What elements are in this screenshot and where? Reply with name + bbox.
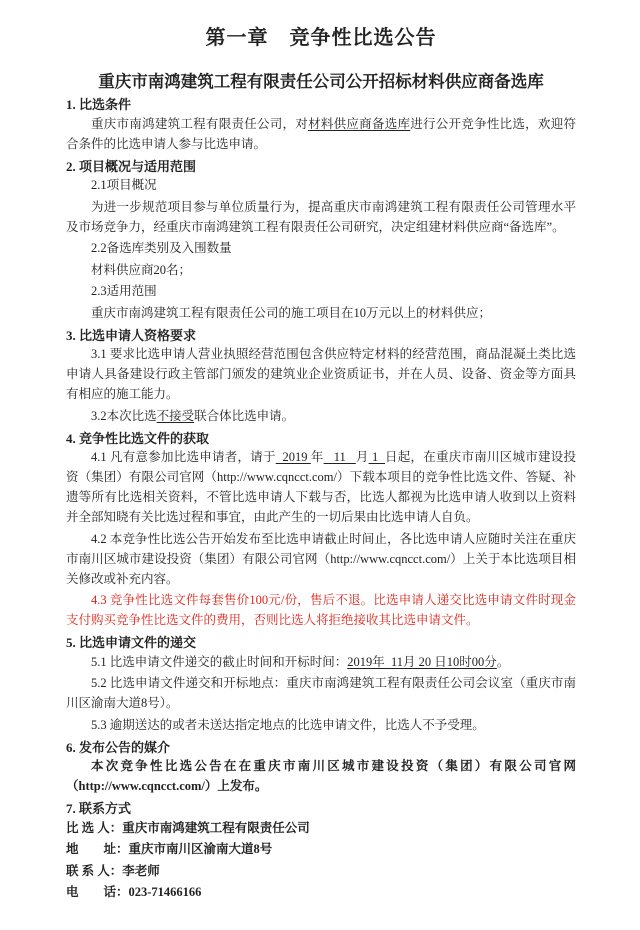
section-4-paragraph-1: 4.1 凡有意参加比选申请者，请于 2019 年 11 月 1 日起，在重庆市南… xyxy=(66,447,576,527)
text-run: 重庆市南鸿建筑工程有限责任公司，对 xyxy=(91,117,308,131)
section-4-paragraph-2: 4.2 本竞争性比选公告开始发布至比选申请截止时间止，各比选申请人应随时关注在重… xyxy=(66,529,576,589)
text-run: 3.2本次比选 xyxy=(91,409,157,423)
contact-address-line: 地 址：重庆市南川区渝南大道8号 xyxy=(66,839,576,859)
text-run: 年 xyxy=(311,450,324,464)
section-4-heading: 4. 竞争性比选文件的获取 xyxy=(66,431,576,446)
section-2-sub-3: 2.3适用范围 xyxy=(66,281,576,301)
underlined-term: 材料供应商备选库 xyxy=(308,117,410,131)
section-2-sub-2: 2.2备选库类别及入围数量 xyxy=(66,238,576,258)
section-5-paragraph-2: 5.2 比选申请文件递交和开标地点：重庆市南鸿建筑工程有限责任公司会议室（重庆市… xyxy=(66,673,576,713)
section-6-paragraph: 本次竞争性比选公告在在重庆市南川区城市建设投资（集团）有限公司官网（http:/… xyxy=(66,756,576,796)
section-7-heading: 7. 联系方式 xyxy=(66,801,576,816)
section-5-paragraph-1: 5.1 比选申请文件递交的截止时间和开标时间：2019年 11月 20 日10时… xyxy=(66,652,576,672)
section-3-paragraph-2: 3.2本次比选不接受联合体比选申请。 xyxy=(66,406,576,426)
section-5-heading: 5. 比选申请文件的递交 xyxy=(66,635,576,650)
text-run: 联合体比选申请。 xyxy=(194,409,294,423)
section-4-paragraph-3-red-notice: 4.3 竞争性比选文件每套售价100元/份，售后不退。比选申请人递交比选申请文件… xyxy=(66,590,576,630)
document-page: 第一章 竞争性比选公告 重庆市南鸿建筑工程有限责任公司公开招标材料供应商备选库 … xyxy=(0,0,640,930)
section-3-heading: 3. 比选申请人资格要求 xyxy=(66,328,576,343)
section-2-sub-1: 2.1项目概况 xyxy=(66,175,576,195)
text-run: 4.1 凡有意参加比选申请者，请于 xyxy=(91,450,276,464)
section-2-heading: 2. 项目概况与适用范围 xyxy=(66,159,576,174)
underlined-day-blank: 1 xyxy=(369,450,385,464)
contact-bidder-line: 比 选 人：重庆市南鸿建筑工程有限责任公司 xyxy=(66,818,576,838)
underlined-year-blank: 2019 xyxy=(276,450,311,464)
underlined-term: 不接受 xyxy=(157,409,195,423)
text-run: 5.1 比选申请文件递交的截止时间和开标时间： xyxy=(91,655,347,669)
text-run: 。 xyxy=(497,655,510,669)
doc-title: 重庆市南鸿建筑工程有限责任公司公开招标材料供应商备选库 xyxy=(66,72,576,92)
section-1-paragraph: 重庆市南鸿建筑工程有限责任公司，对材料供应商备选库进行公开竞争性比选，欢迎符合条… xyxy=(66,114,576,154)
section-5-paragraph-3: 5.3 逾期送达的或者未送达指定地点的比选申请文件，比选人不予受理。 xyxy=(66,715,576,735)
text-run: 月 xyxy=(356,450,369,464)
section-2-paragraph-1: 为进一步规范项目参与单位质量行为，提高重庆市南鸿建筑工程有限责任公司管理水平及市… xyxy=(66,197,576,237)
section-2-paragraph-3: 重庆市南鸿建筑工程有限责任公司的施工项目在10万元以上的材料供应； xyxy=(66,303,576,323)
section-6-heading: 6. 发布公告的媒介 xyxy=(66,740,576,755)
contact-phone-line: 电 话：023-71466166 xyxy=(66,882,576,902)
underlined-month-blank: 11 xyxy=(324,450,356,464)
chapter-title: 第一章 竞争性比选公告 xyxy=(66,26,576,50)
section-2-paragraph-2: 材料供应商20名； xyxy=(66,260,576,280)
contact-person-line: 联 系 人：李老师 xyxy=(66,861,576,881)
section-1-heading: 1. 比选条件 xyxy=(66,97,576,112)
section-3-paragraph-1: 3.1 要求比选申请人营业执照经营范围包含供应特定材料的经营范围，商品混凝土类比… xyxy=(66,344,576,404)
underlined-deadline: 2019年 11月 20 日10时00分 xyxy=(347,655,497,669)
